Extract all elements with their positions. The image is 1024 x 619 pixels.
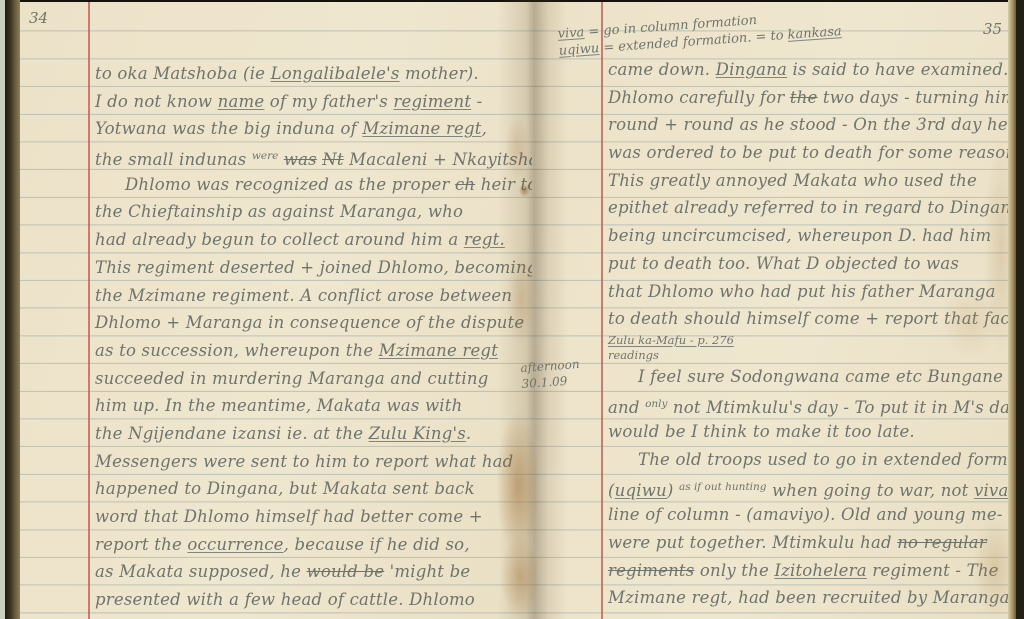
text-segment: Mzimane regt xyxy=(379,341,498,360)
manuscript-line: readings xyxy=(608,348,1008,363)
text-segment: the Mzimane regiment. A conflict arose b… xyxy=(95,286,512,305)
text-segment: had already begun to collect around him … xyxy=(95,230,464,249)
text-segment: was xyxy=(284,150,317,169)
text-segment: Messengers were sent to him to report wh… xyxy=(95,452,513,471)
text-segment: Izitohelera xyxy=(774,561,866,580)
manuscript-line: to oka Matshoba (ie Longalibalele's moth… xyxy=(95,60,532,88)
manuscript-line: line of column - (amaviyo). Old and youn… xyxy=(608,501,1008,529)
text-segment: uqiwu xyxy=(558,41,599,59)
text-segment: and xyxy=(608,398,645,417)
text-segment: Zulu King's xyxy=(369,424,466,443)
text-segment: viva xyxy=(974,481,1008,500)
text-segment: Dhlomo was recognized as the proper xyxy=(125,175,455,194)
text-segment: round + round as he stood - On the 3rd d… xyxy=(608,115,1008,134)
text-segment: Yotwana was the big induna of xyxy=(95,119,362,138)
binding-edge xyxy=(5,0,20,619)
text-segment: . xyxy=(466,424,471,443)
text-segment: the small indunas xyxy=(95,150,252,169)
text-segment: Longalibalele's xyxy=(271,64,400,83)
left-page: 34 to oka Matshoba (ie Longalibalele's m… xyxy=(20,2,532,619)
manuscript-line: had already begun to collect around him … xyxy=(95,226,532,254)
manuscript-line: I do not know name of my father's regime… xyxy=(95,88,532,116)
text-segment: Macaleni + Nkayitshana xyxy=(344,150,532,169)
manuscript-line: This regiment deserted + joined Dhlomo, … xyxy=(95,254,532,282)
manuscript-line: round + round as he stood - On the 3rd d… xyxy=(608,111,1008,139)
text-segment: ch xyxy=(455,175,475,194)
text-segment: that Dhlomo who had put his father Maran… xyxy=(608,282,996,301)
manuscript-line: Dhlomo carefully for the two days - turn… xyxy=(608,84,1008,112)
text-segment: name xyxy=(218,92,265,111)
text-segment: regiments xyxy=(608,561,694,580)
text-segment: regiment - The xyxy=(867,561,999,580)
manuscript-line: word that Dhlomo himself had better come… xyxy=(95,503,532,531)
text-segment: Nt xyxy=(322,150,343,169)
text-segment: Mzimane regt, had been recruited by Mara… xyxy=(608,588,1008,607)
text-segment: is said to have examined. xyxy=(787,60,1008,79)
text-segment: , xyxy=(482,119,487,138)
text-segment: no regular xyxy=(897,533,987,552)
manuscript-line: and only not Mtimkulu's day - To put it … xyxy=(608,391,1008,419)
manuscript-line: came down. Dingana is said to have exami… xyxy=(608,56,1008,84)
manuscript-line: succeeded in murdering Maranga and cutti… xyxy=(95,365,532,393)
text-segment: ) xyxy=(667,481,679,500)
manuscript-line: put to death too. What D objected to was xyxy=(608,250,1008,278)
text-segment: word that Dhlomo himself had better come… xyxy=(95,507,483,526)
text-segment: Dhlomo + Maranga in consequence of the d… xyxy=(95,313,524,332)
text-segment: Zulu ka-Mafu - p. 276 xyxy=(608,333,734,347)
manuscript-line: Dhlomo was recognized as the proper ch h… xyxy=(95,171,532,199)
text-segment: was ordered to be put to death for some … xyxy=(608,143,1008,162)
right-margin-rule xyxy=(601,2,603,619)
manuscript-photo: 34 to oka Matshoba (ie Longalibalele's m… xyxy=(0,0,1024,619)
page-stack-edge xyxy=(1008,0,1016,619)
left-page-text: to oka Matshoba (ie Longalibalele's moth… xyxy=(95,60,532,614)
manuscript-line: Messengers were sent to him to report wh… xyxy=(95,448,532,476)
text-segment: being uncircumcised, whereupon D. had hi… xyxy=(608,226,991,245)
text-segment: regiment xyxy=(393,92,471,111)
text-segment: not Mtimkulu's day - To put it in M's da… xyxy=(667,398,1008,417)
manuscript-line: the Ngijendane izansi ie. at the Zulu Ki… xyxy=(95,420,532,448)
margin-note-vocabulary: viva = go in column formation uqiwu = ex… xyxy=(557,6,842,60)
manuscript-line: as to succession, whereupon the Mzimane … xyxy=(95,337,532,365)
text-segment: ( xyxy=(608,481,615,500)
text-segment: epithet already referred to in regard to… xyxy=(608,198,1008,217)
text-segment: , because if he did so, xyxy=(284,535,470,554)
text-segment: viva xyxy=(557,25,585,42)
manuscript-line: would be I think to make it too late. xyxy=(608,418,1008,446)
text-segment: were put together. Mtimkulu had xyxy=(608,533,897,552)
text-segment: I feel sure Sodongwana came etc Bungane xyxy=(638,367,1003,386)
text-segment: heir to xyxy=(475,175,532,194)
page-number-right: 35 xyxy=(983,20,1002,38)
text-segment: would be I think to make it too late. xyxy=(608,422,915,441)
text-segment: Dingana xyxy=(716,60,787,79)
text-segment: him up. In the meantime, Makata was with xyxy=(95,396,462,415)
manuscript-line: that Dhlomo who had put his father Maran… xyxy=(608,278,1008,306)
text-segment: uqiwu xyxy=(615,481,667,500)
text-segment: presented with a few head of cattle. Dhl… xyxy=(95,590,475,609)
text-segment: as to succession, whereupon the xyxy=(95,341,379,360)
text-segment: two days - turning him xyxy=(817,88,1008,107)
text-segment: the Ngijendane izansi ie. at the xyxy=(95,424,369,443)
right-page: 35 viva = go in column formation uqiwu =… xyxy=(532,2,1008,619)
manuscript-line: happened to Dingana, but Makata sent bac… xyxy=(95,475,532,503)
manuscript-line: (uqiwu) as if out hunting when going to … xyxy=(608,474,1008,502)
text-segment: regt. xyxy=(464,230,505,249)
text-segment: This greatly annoyed Makata who used the xyxy=(608,171,977,190)
text-segment: - xyxy=(471,92,482,111)
text-segment: came down. xyxy=(608,60,716,79)
gutter-date-note: afternoon 30.1.09 xyxy=(520,356,581,392)
text-segment: succeeded in murdering Maranga and cutti… xyxy=(95,369,488,388)
text-segment: mother). xyxy=(400,64,479,83)
text-segment: when going to war, not xyxy=(767,481,974,500)
text-segment: report the xyxy=(95,535,187,554)
page-number-left: 34 xyxy=(29,9,48,27)
text-segment: to oka Matshoba (ie xyxy=(95,64,271,83)
text-segment: of my father's xyxy=(264,92,393,111)
manuscript-line: report the occurrence, because if he did… xyxy=(95,531,532,559)
text-segment: 'might be xyxy=(384,562,470,581)
right-page-text: came down. Dingana is said to have exami… xyxy=(608,56,1008,612)
manuscript-line: Mzimane regt, had been recruited by Mara… xyxy=(608,584,1008,612)
text-segment: were xyxy=(252,150,278,162)
manuscript-line: the small indunas were was Nt Macaleni +… xyxy=(95,143,532,171)
text-segment: I do not know xyxy=(95,92,218,111)
text-segment: readings xyxy=(608,348,659,362)
manuscript-line: Dhlomo + Maranga in consequence of the d… xyxy=(95,309,532,337)
manuscript-line: the Mzimane regiment. A conflict arose b… xyxy=(95,282,532,310)
text-segment: happened to Dingana, but Makata sent bac… xyxy=(95,479,475,498)
manuscript-line: presented with a few head of cattle. Dhl… xyxy=(95,586,532,614)
text-segment: the xyxy=(790,88,818,107)
left-margin-rule xyxy=(88,2,90,619)
text-segment: to death should himself come + report th… xyxy=(608,309,1008,328)
text-segment: The old troops used to go in extended fo… xyxy=(638,450,1008,469)
manuscript-line: the Chieftainship as against Maranga, wh… xyxy=(95,198,532,226)
manuscript-line: Zulu ka-Mafu - p. 276 xyxy=(608,333,1008,348)
text-segment: the Chieftainship as against Maranga, wh… xyxy=(95,202,463,221)
text-segment: occurrence xyxy=(187,535,283,554)
manuscript-line: to death should himself come + report th… xyxy=(608,305,1008,333)
text-segment: Mzimane regt xyxy=(362,119,481,138)
text-segment: as if out hunting xyxy=(679,481,767,493)
text-segment: kankasa xyxy=(787,24,842,43)
manuscript-line: him up. In the meantime, Makata was with xyxy=(95,392,532,420)
text-segment: only the xyxy=(694,561,774,580)
manuscript-line: The old troops used to go in extended fo… xyxy=(608,446,1008,474)
manuscript-line: I feel sure Sodongwana came etc Bungane xyxy=(608,363,1008,391)
manuscript-line: as Makata supposed, he would be 'might b… xyxy=(95,558,532,586)
manuscript-line: Yotwana was the big induna of Mzimane re… xyxy=(95,115,532,143)
text-segment: put to death too. What D objected to was xyxy=(608,254,959,273)
manuscript-line: being uncircumcised, whereupon D. had hi… xyxy=(608,222,1008,250)
text-segment: as Makata supposed, he xyxy=(95,562,307,581)
photo-right-edge xyxy=(1016,0,1024,619)
manuscript-line: This greatly annoyed Makata who used the xyxy=(608,167,1008,195)
text-segment: only xyxy=(645,398,667,410)
manuscript-line: epithet already referred to in regard to… xyxy=(608,194,1008,222)
text-segment: line of column - (amaviyo). Old and youn… xyxy=(608,505,1003,524)
manuscript-line: were put together. Mtimkulu had no regul… xyxy=(608,529,1008,557)
text-segment: would be xyxy=(307,562,385,581)
manuscript-line: was ordered to be put to death for some … xyxy=(608,139,1008,167)
text-segment: This regiment deserted + joined Dhlomo, … xyxy=(95,258,532,277)
manuscript-line: regiments only the Izitohelera regiment … xyxy=(608,557,1008,585)
text-segment: Dhlomo carefully for xyxy=(608,88,790,107)
